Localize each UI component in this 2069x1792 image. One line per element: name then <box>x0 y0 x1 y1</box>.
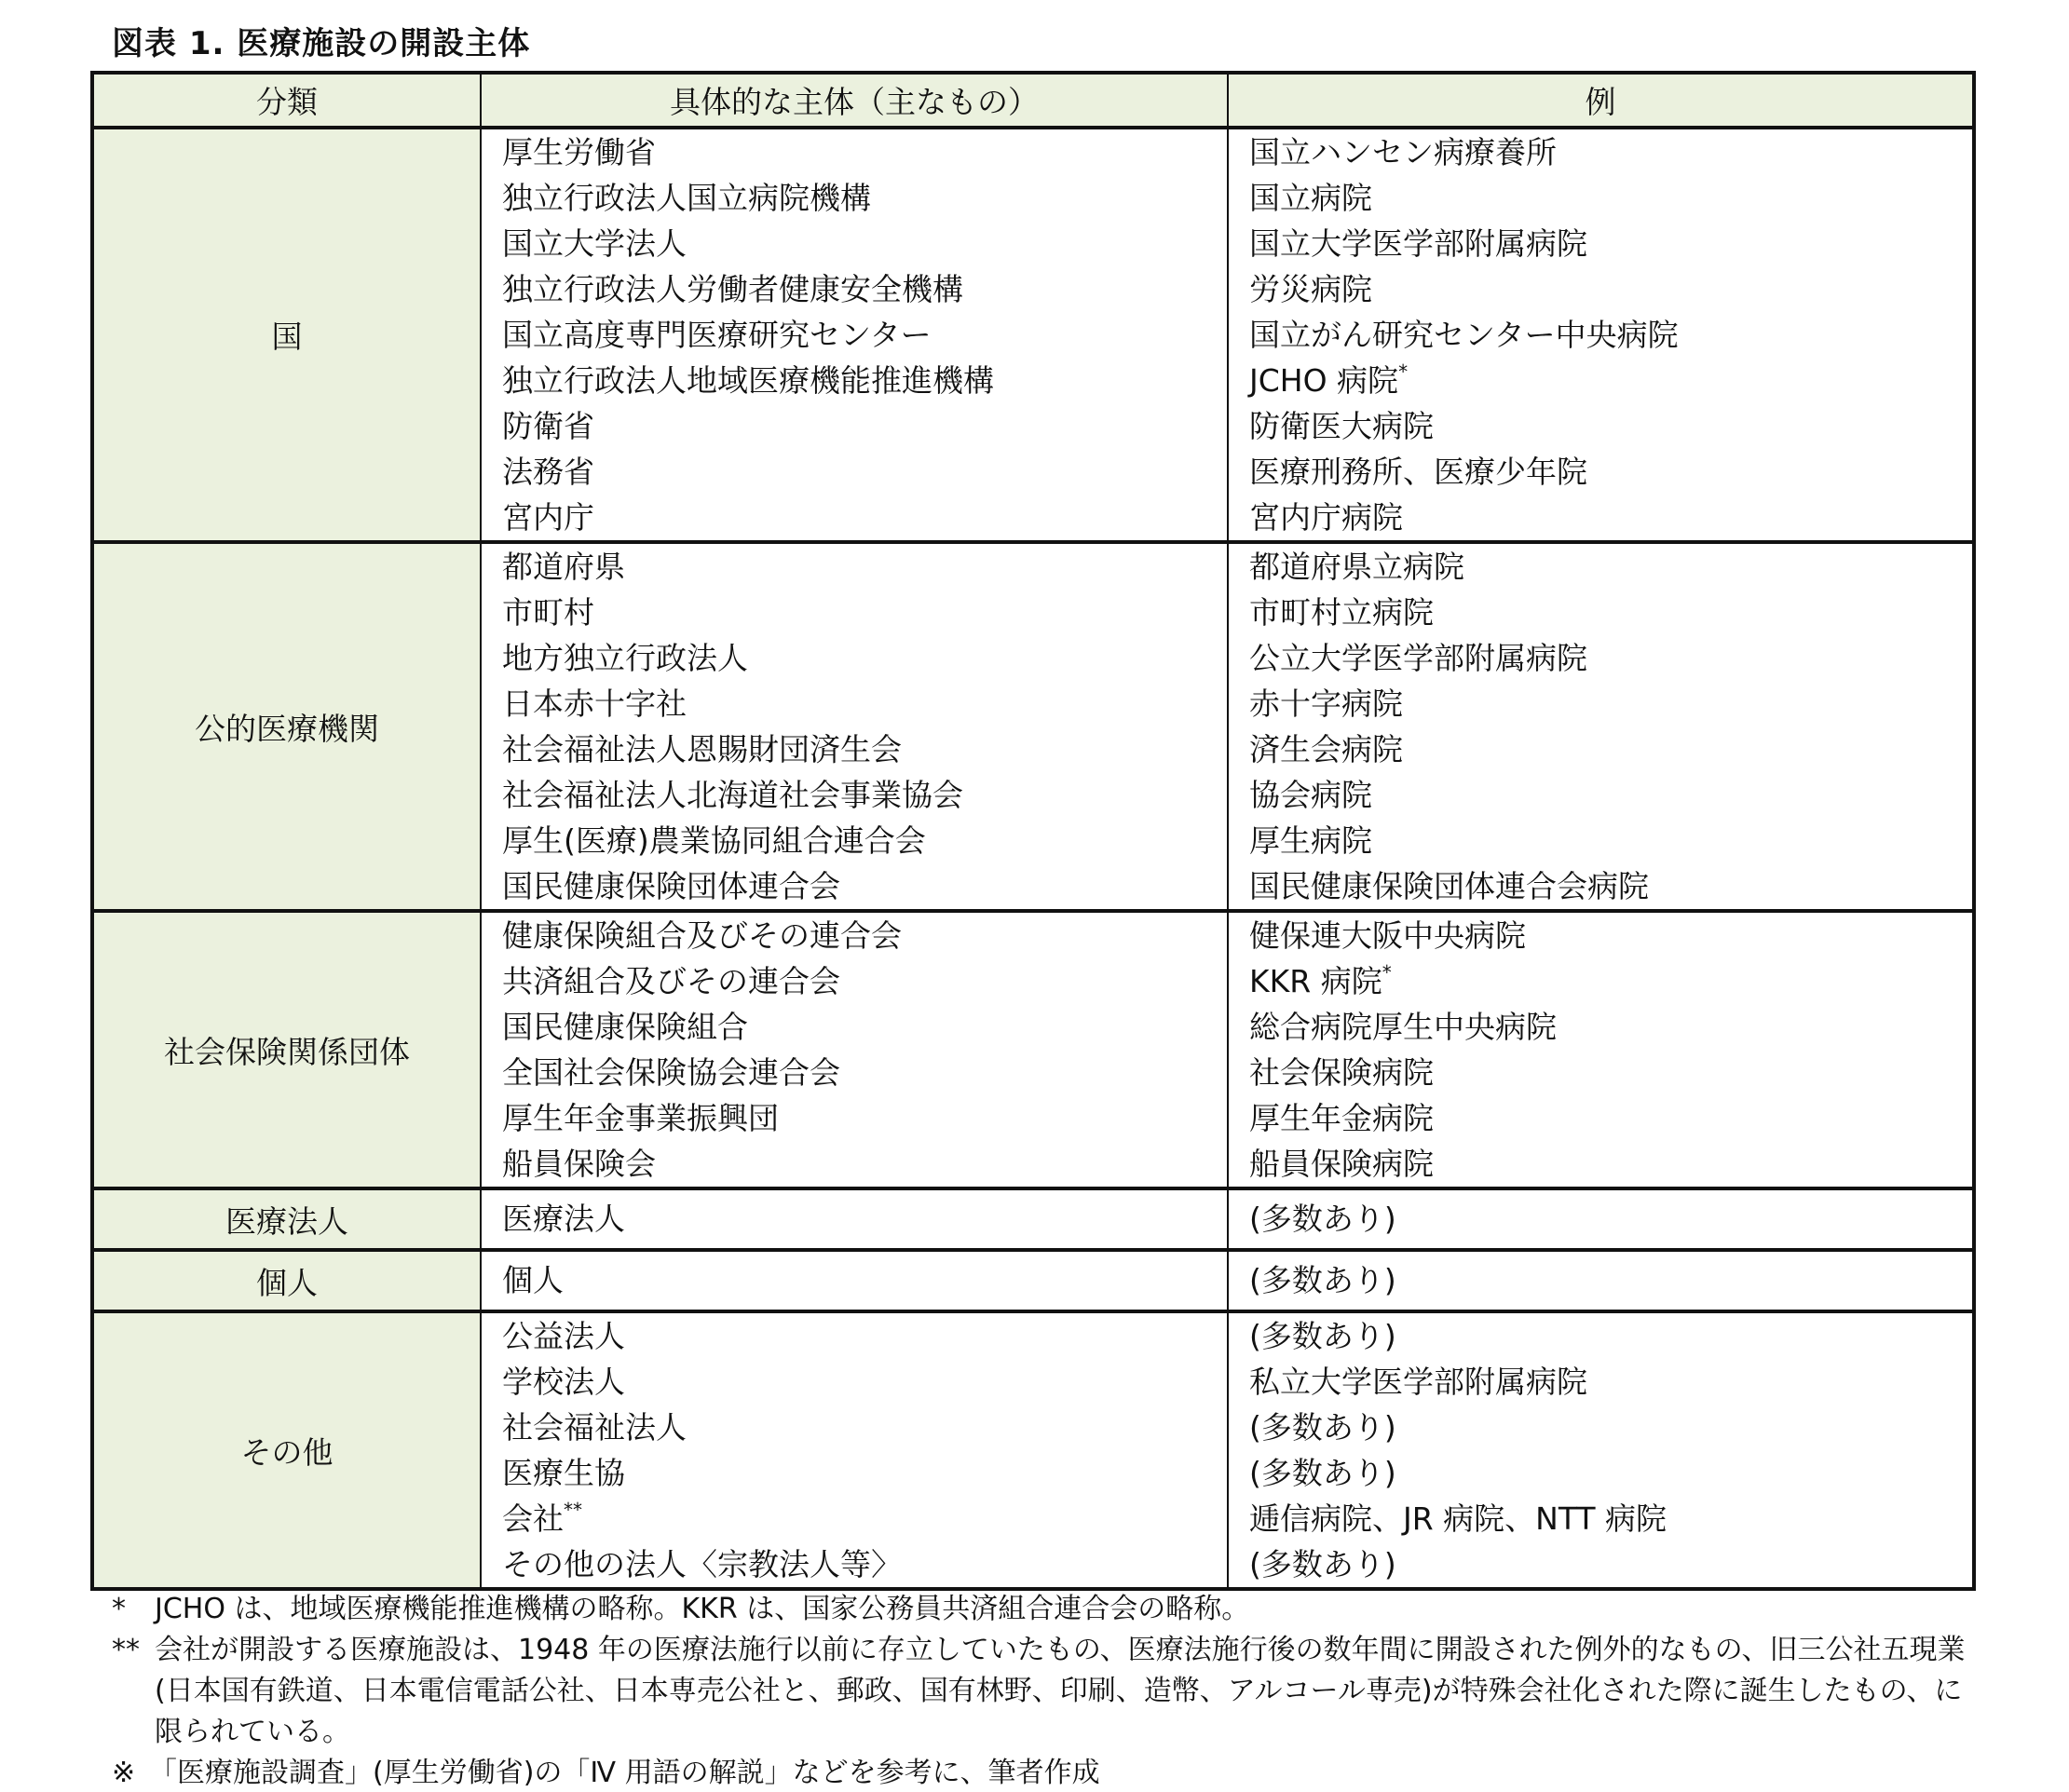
example-item: (多数あり) <box>1249 1541 1972 1587</box>
entity-text: その他の法人〈宗教法人等〉 <box>502 1546 902 1582</box>
entity-text: 公益法人 <box>502 1318 625 1354</box>
example-text: 国立大学医学部附属病院 <box>1249 225 1587 262</box>
example-text: 厚生年金病院 <box>1249 1100 1434 1136</box>
example-item: 市町村立病院 <box>1249 590 1972 635</box>
footnote-reference: ** <box>564 1499 582 1521</box>
example-item: 防衛医大病院 <box>1249 403 1972 449</box>
entity-text: 宮内庁 <box>502 499 594 536</box>
entity-text: 会社 <box>502 1500 564 1537</box>
example-list-cell: (多数あり)私立大学医学部附属病院(多数あり)(多数あり)逓信病院、JR 病院、… <box>1228 1311 1974 1589</box>
example-text: (多数あり) <box>1249 1546 1396 1582</box>
entity-text: 社会福祉法人 <box>502 1409 687 1446</box>
entity-item: 社会福祉法人北海道社会事業協会 <box>502 772 1227 818</box>
entity-item: 医療生協 <box>502 1450 1227 1496</box>
example-item: 協会病院 <box>1249 772 1972 818</box>
entity-item: 独立行政法人国立病院機構 <box>502 175 1227 221</box>
example-text: (多数あり) <box>1249 1201 1396 1237</box>
example-item: JCHO 病院* <box>1249 358 1972 403</box>
example-item: 宮内庁病院 <box>1249 495 1972 540</box>
entity-text: 医療法人 <box>502 1201 625 1237</box>
entity-text: 日本赤十字社 <box>502 686 687 722</box>
example-text: 公立大学医学部附属病院 <box>1249 640 1587 676</box>
table-row: 社会保険関係団体健康保険組合及びその連合会共済組合及びその連合会国民健康保険組合… <box>92 911 1974 1188</box>
example-item: 健保連大阪中央病院 <box>1249 913 1972 958</box>
example-item: (多数あり) <box>1249 1252 1972 1310</box>
example-item: 国民健康保険団体連合会病院 <box>1249 863 1972 909</box>
entity-text: 学校法人 <box>502 1364 625 1400</box>
entity-text: 共済組合及びその連合会 <box>502 963 840 999</box>
entity-text: 防衛省 <box>502 408 594 444</box>
entity-list-cell: 都道府県市町村地方独立行政法人日本赤十字社社会福祉法人恩賜財団済生会社会福祉法人… <box>481 542 1228 911</box>
example-text: 国立がん研究センター中央病院 <box>1249 317 1679 353</box>
entity-text: 厚生年金事業振興団 <box>502 1100 779 1136</box>
entity-list-cell: 健康保険組合及びその連合会共済組合及びその連合会国民健康保険組合全国社会保険協会… <box>481 911 1228 1188</box>
example-text: 厚生病院 <box>1249 822 1372 859</box>
entity-item: 宮内庁 <box>502 495 1227 540</box>
entity-item: 共済組合及びその連合会 <box>502 958 1227 1004</box>
entity-text: 国民健康保険団体連合会 <box>502 868 840 904</box>
entity-text: 社会福祉法人北海道社会事業協会 <box>502 777 963 813</box>
table-row: 個人個人(多数あり) <box>92 1250 1974 1311</box>
opener-table: 分類 具体的な主体（主なもの） 例 国厚生労働省独立行政法人国立病院機構国立大学… <box>90 71 1976 1591</box>
entity-item: 学校法人 <box>502 1359 1227 1405</box>
footnote-reference: * <box>1382 961 1392 984</box>
footnote-reference: * <box>1398 360 1408 383</box>
example-text: 総合病院厚生中央病院 <box>1249 1009 1557 1045</box>
example-text: (多数あり) <box>1249 1455 1396 1491</box>
entity-item: 国立大学法人 <box>502 221 1227 266</box>
table-row: 医療法人医療法人(多数あり) <box>92 1188 1974 1250</box>
entity-item: 国民健康保険組合 <box>502 1004 1227 1050</box>
entity-list-cell: 医療法人 <box>481 1188 1228 1250</box>
example-item: 国立病院 <box>1249 175 1972 221</box>
entity-item: 法務省 <box>502 449 1227 495</box>
example-list-cell: 健保連大阪中央病院KKR 病院*総合病院厚生中央病院社会保険病院厚生年金病院船員… <box>1228 911 1974 1188</box>
entity-item: 社会福祉法人 <box>502 1405 1227 1450</box>
category-cell: 公的医療機関 <box>92 542 481 911</box>
example-text: JCHO 病院 <box>1249 362 1398 399</box>
example-item: (多数あり) <box>1249 1190 1972 1248</box>
example-item: 船員保険病院 <box>1249 1141 1972 1187</box>
entity-item: その他の法人〈宗教法人等〉 <box>502 1541 1227 1587</box>
entity-text: 独立行政法人地域医療機能推進機構 <box>502 362 994 399</box>
example-list-cell: (多数あり) <box>1228 1188 1974 1250</box>
example-text: 社会保険病院 <box>1249 1054 1434 1091</box>
footnote-double-asterisk: ** 会社が開設する医療施設は、1948 年の医療法施行以前に存立していたもの、… <box>112 1630 1981 1753</box>
example-item: KKR 病院* <box>1249 958 1972 1004</box>
example-text: 国立病院 <box>1249 180 1372 216</box>
footnote-mark: ** <box>112 1630 155 1753</box>
entity-item: 国立高度専門医療研究センター <box>502 312 1227 358</box>
entity-item: 防衛省 <box>502 403 1227 449</box>
entity-text: 都道府県 <box>502 549 625 585</box>
entity-text: 全国社会保険協会連合会 <box>502 1054 840 1091</box>
entity-item: 都道府県 <box>502 544 1227 590</box>
example-list-cell: 国立ハンセン病療養所国立病院国立大学医学部附属病院労災病院国立がん研究センター中… <box>1228 128 1974 542</box>
footnote-mark: * <box>112 1589 155 1630</box>
example-text: (多数あり) <box>1249 1262 1396 1298</box>
example-text: 都道府県立病院 <box>1249 549 1464 585</box>
example-item: 厚生病院 <box>1249 818 1972 863</box>
entity-item: 個人 <box>502 1252 1227 1310</box>
example-item: 赤十字病院 <box>1249 681 1972 726</box>
example-text: 私立大学医学部附属病院 <box>1249 1364 1587 1400</box>
example-item: 社会保険病院 <box>1249 1050 1972 1095</box>
entity-item: 市町村 <box>502 590 1227 635</box>
example-text: 船員保険病院 <box>1249 1146 1434 1182</box>
example-text: KKR 病院 <box>1249 963 1382 999</box>
entity-text: 厚生労働省 <box>502 134 656 170</box>
category-cell: 社会保険関係団体 <box>92 911 481 1188</box>
example-item: 国立大学医学部附属病院 <box>1249 221 1972 266</box>
entity-text: 地方独立行政法人 <box>502 640 748 676</box>
example-text: 国立ハンセン病療養所 <box>1249 134 1557 170</box>
table-row: 国厚生労働省独立行政法人国立病院機構国立大学法人独立行政法人労働者健康安全機構国… <box>92 128 1974 542</box>
entity-text: 厚生(医療)農業協同組合連合会 <box>502 822 926 859</box>
example-text: 国民健康保険団体連合会病院 <box>1249 868 1649 904</box>
example-item: 医療刑務所、医療少年院 <box>1249 449 1972 495</box>
example-item: 厚生年金病院 <box>1249 1095 1972 1141</box>
entity-item: 船員保険会 <box>502 1141 1227 1187</box>
table-row: その他公益法人学校法人社会福祉法人医療生協会社**その他の法人〈宗教法人等〉(多… <box>92 1311 1974 1589</box>
entity-text: 医療生協 <box>502 1455 625 1491</box>
example-text: 市町村立病院 <box>1249 594 1434 631</box>
example-item: (多数あり) <box>1249 1450 1972 1496</box>
entity-text: 船員保険会 <box>502 1146 656 1182</box>
example-text: (多数あり) <box>1249 1409 1396 1446</box>
entity-item: 独立行政法人地域医療機能推進機構 <box>502 358 1227 403</box>
example-text: (多数あり) <box>1249 1318 1396 1354</box>
entity-item: 全国社会保険協会連合会 <box>502 1050 1227 1095</box>
entity-item: 公益法人 <box>502 1313 1227 1359</box>
entity-text: 健康保険組合及びその連合会 <box>502 917 902 954</box>
entity-text: 法務省 <box>502 454 594 490</box>
entity-item: 医療法人 <box>502 1190 1227 1248</box>
entity-item: 地方独立行政法人 <box>502 635 1227 681</box>
example-item: 私立大学医学部附属病院 <box>1249 1359 1972 1405</box>
footnote-text: 会社が開設する医療施設は、1948 年の医療法施行以前に存立していたもの、医療法… <box>155 1630 1981 1753</box>
example-item: 逓信病院、JR 病院、NTT 病院 <box>1249 1496 1972 1541</box>
footnotes: * JCHO は、地域医療機能推進機構の略称。KKR は、国家公務員共済組合連合… <box>112 1589 1981 1792</box>
category-cell: 国 <box>92 128 481 542</box>
header-example: 例 <box>1228 73 1974 128</box>
table-row: 公的医療機関都道府県市町村地方独立行政法人日本赤十字社社会福祉法人恩賜財団済生会… <box>92 542 1974 911</box>
example-text: 医療刑務所、医療少年院 <box>1249 454 1587 490</box>
entity-item: 厚生年金事業振興団 <box>502 1095 1227 1141</box>
entity-item: 日本赤十字社 <box>502 681 1227 726</box>
header-category: 分類 <box>92 73 481 128</box>
example-text: 労災病院 <box>1249 271 1372 307</box>
entity-list-cell: 個人 <box>481 1250 1228 1311</box>
example-text: 宮内庁病院 <box>1249 499 1403 536</box>
entity-text: 国民健康保険組合 <box>502 1009 748 1045</box>
footnote-text: JCHO は、地域医療機能推進機構の略称。KKR は、国家公務員共済組合連合会の… <box>155 1589 1981 1630</box>
entity-item: 厚生労働省 <box>502 129 1227 175</box>
entity-text: 個人 <box>502 1262 564 1298</box>
entity-text: 独立行政法人国立病院機構 <box>502 180 871 216</box>
entity-item: 会社** <box>502 1496 1227 1541</box>
entity-item: 独立行政法人労働者健康安全機構 <box>502 266 1227 312</box>
example-text: 済生会病院 <box>1249 731 1403 767</box>
entity-text: 国立大学法人 <box>502 225 687 262</box>
entity-text: 社会福祉法人恩賜財団済生会 <box>502 731 902 767</box>
example-item: 済生会病院 <box>1249 726 1972 772</box>
entity-item: 国民健康保険団体連合会 <box>502 863 1227 909</box>
entity-item: 厚生(医療)農業協同組合連合会 <box>502 818 1227 863</box>
footnote-source: ※ 「医療施設調査」(厚生労働省)の「Ⅳ 用語の解説」などを参考に、筆者作成 <box>112 1753 1981 1792</box>
example-item: 国立がん研究センター中央病院 <box>1249 312 1972 358</box>
header-entity: 具体的な主体（主なもの） <box>481 73 1228 128</box>
example-text: 逓信病院、JR 病院、NTT 病院 <box>1249 1500 1667 1537</box>
entity-list-cell: 厚生労働省独立行政法人国立病院機構国立大学法人独立行政法人労働者健康安全機構国立… <box>481 128 1228 542</box>
figure-title: 図表 1. 医療施設の開設主体 <box>112 22 530 65</box>
table-header-row: 分類 具体的な主体（主なもの） 例 <box>92 73 1974 128</box>
example-item: (多数あり) <box>1249 1313 1972 1359</box>
example-text: 赤十字病院 <box>1249 686 1403 722</box>
example-list-cell: (多数あり) <box>1228 1250 1974 1311</box>
footnote-asterisk: * JCHO は、地域医療機能推進機構の略称。KKR は、国家公務員共済組合連合… <box>112 1589 1981 1630</box>
example-item: 国立ハンセン病療養所 <box>1249 129 1972 175</box>
entity-text: 国立高度専門医療研究センター <box>502 317 932 353</box>
entity-text: 独立行政法人労働者健康安全機構 <box>502 271 963 307</box>
example-text: 健保連大阪中央病院 <box>1249 917 1526 954</box>
entity-list-cell: 公益法人学校法人社会福祉法人医療生協会社**その他の法人〈宗教法人等〉 <box>481 1311 1228 1589</box>
example-text: 協会病院 <box>1249 777 1372 813</box>
example-item: 労災病院 <box>1249 266 1972 312</box>
category-cell: その他 <box>92 1311 481 1589</box>
example-list-cell: 都道府県立病院市町村立病院公立大学医学部附属病院赤十字病院済生会病院協会病院厚生… <box>1228 542 1974 911</box>
example-text: 防衛医大病院 <box>1249 408 1434 444</box>
entity-item: 社会福祉法人恩賜財団済生会 <box>502 726 1227 772</box>
example-item: (多数あり) <box>1249 1405 1972 1450</box>
example-item: 総合病院厚生中央病院 <box>1249 1004 1972 1050</box>
example-item: 都道府県立病院 <box>1249 544 1972 590</box>
footnote-text: 「医療施設調査」(厚生労働省)の「Ⅳ 用語の解説」などを参考に、筆者作成 <box>149 1753 1975 1792</box>
category-cell: 医療法人 <box>92 1188 481 1250</box>
example-item: 公立大学医学部附属病院 <box>1249 635 1972 681</box>
category-cell: 個人 <box>92 1250 481 1311</box>
footnote-mark: ※ <box>112 1753 149 1792</box>
entity-text: 市町村 <box>502 594 594 631</box>
entity-item: 健康保険組合及びその連合会 <box>502 913 1227 958</box>
